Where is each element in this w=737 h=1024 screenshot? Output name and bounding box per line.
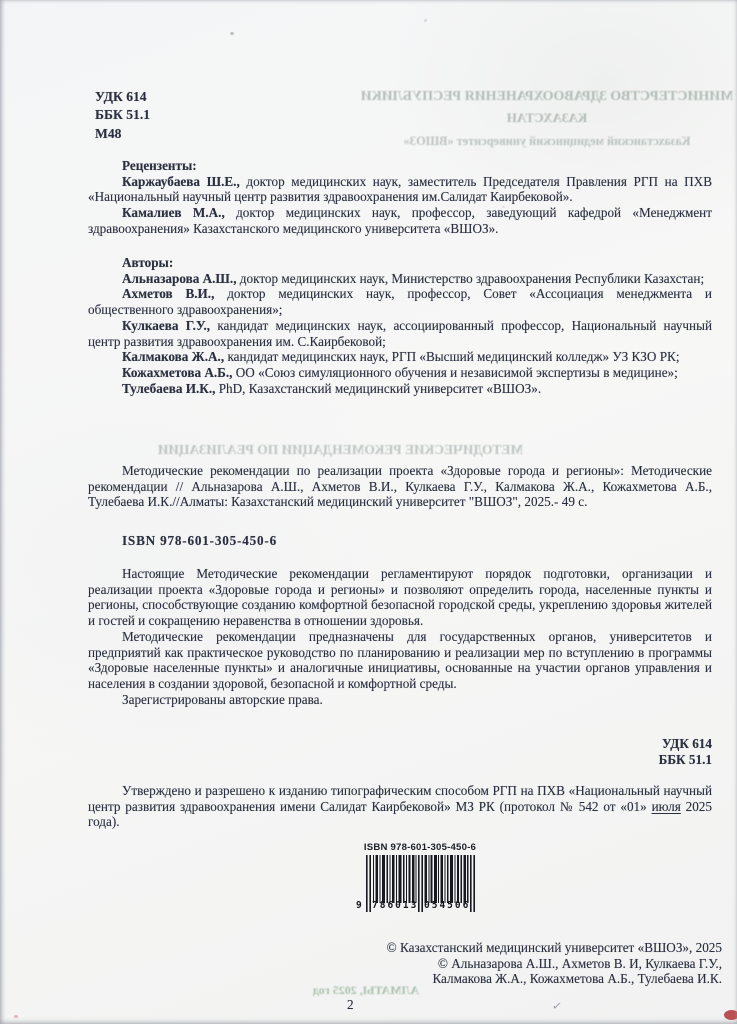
copyright-section: © Казахстанский медицинский университет … <box>88 940 722 987</box>
approval-date-underlined: июля <box>652 799 681 814</box>
barcode-digit-lead: 9 <box>356 900 362 911</box>
udk-bbk-right-block: УДК 614 ББК 51.1 <box>88 736 712 767</box>
barcode-digit-group: 786013 <box>372 900 416 911</box>
dust-speck <box>230 32 234 35</box>
author-entry: Тулебаева И.К., PhD, Казахстанский медиц… <box>88 381 712 397</box>
authors-section: Авторы: Альназарова А.Ш., доктор медицин… <box>88 255 712 396</box>
showthrough-line: Казахстанский медицинский университет «В… <box>358 131 736 152</box>
bbk-code: ББК 51.1 <box>95 106 295 124</box>
reviewer-name: Камалиев М.А., <box>122 205 225 220</box>
bibliographic-record: Методические рекомендации по реализации … <box>88 463 712 510</box>
showthrough-line: МИНИСТЕРСТВО ЗДРАВООХРАНЕНИЯ РЕСПУБЛИКИ <box>358 86 736 107</box>
udk-bbk-block: УДК 614 ББК 51.1 М48 <box>95 88 295 143</box>
author-sign-code: М48 <box>95 125 295 143</box>
approval-section: Утверждено и разрешено к изданию типогра… <box>88 783 712 830</box>
reviewers-section: Рецензенты: Каржаубаева Ш.Е., доктор мед… <box>88 158 712 237</box>
udk-code-right: УДК 614 <box>88 736 712 752</box>
copyright-line: Калмакова Ж.А., Кожахметова А.Б., Тулеба… <box>88 971 722 987</box>
isbn-text: ISBN 978-601-305-450-6 <box>88 533 712 549</box>
reviewer-name: Каржаубаева Ш.Е., <box>122 174 240 189</box>
authors-heading: Авторы: <box>88 255 712 271</box>
author-name: Кулкаева Г.У., <box>122 318 210 333</box>
barcode-isbn-label: ISBN 978-601-305-450-6 <box>356 842 484 853</box>
author-description: кандидат медицинских наук, РГП «Высший м… <box>224 349 679 364</box>
author-entry: Ахметов В.И., доктор медицинских наук, п… <box>88 286 712 317</box>
barcode-digit-group: 054506 <box>424 900 468 911</box>
scanned-imprint-page: МИНИСТЕРСТВО ЗДРАВООХРАНЕНИЯ РЕСПУБЛИКИ … <box>0 0 737 1024</box>
udk-code: УДК 614 <box>95 88 295 106</box>
dust-speck <box>424 19 427 22</box>
abstract-paragraph: Зарегистрированы авторские права. <box>88 692 712 708</box>
reviewer-entry: Камалиев М.А., доктор медицинских наук, … <box>88 205 712 236</box>
author-entry: Кожахметова А.Б., ОО «Союз симуляционног… <box>88 365 712 381</box>
author-entry: Кулкаева Г.У., кандидат медицинских наук… <box>88 318 712 349</box>
ean13-barcode: 9 786013 054506 <box>356 855 484 912</box>
pink-speck <box>14 1015 18 1018</box>
showthrough-title-block: МИНИСТЕРСТВО ЗДРАВООХРАНЕНИЯ РЕСПУБЛИКИ … <box>358 86 736 152</box>
author-entry: Альназарова А.Ш., доктор медицинских нау… <box>88 271 712 287</box>
stray-check-mark: ✓ <box>551 998 563 1013</box>
abstract-paragraph: Методические рекомендации предназначены … <box>88 629 712 692</box>
isbn-section: ISBN 978-601-305-450-6 <box>88 533 712 549</box>
author-name: Альназарова А.Ш., <box>122 271 237 286</box>
reviewer-entry: Каржаубаева Ш.Е., доктор медицинских нау… <box>88 174 712 205</box>
author-name: Ахметов В.И., <box>122 286 214 301</box>
bbk-code-right: ББК 51.1 <box>88 752 712 768</box>
red-ink-smudge <box>724 1010 737 1020</box>
reviewers-heading: Рецензенты: <box>88 158 712 174</box>
showthrough-middle-line: МЕТОДИЧЕСКИЕ РЕКОМЕНДАЦИИ ПО РЕАЛИЗАЦИИ <box>108 442 573 458</box>
author-name: Кожахметова А.Б., <box>122 365 232 380</box>
author-description: PhD, Казахстанский медицинский университ… <box>215 381 541 396</box>
abstract-paragraph: Настоящие Методические рекомендации регл… <box>88 566 712 629</box>
showthrough-line: КАЗАХСТАН <box>358 107 736 128</box>
page-number: 2 <box>347 997 367 1013</box>
author-description: ОО «Союз симуляционного обучения и незав… <box>232 365 677 380</box>
barcode-digits: 9 786013 054506 <box>356 900 484 912</box>
approval-paragraph: Утверждено и разрешено к изданию типогра… <box>88 783 712 830</box>
approval-text-before: Утверждено и разрешено к изданию типогра… <box>88 783 712 814</box>
copyright-line: © Казахстанский медицинский университет … <box>88 940 722 956</box>
bibliography-section: Методические рекомендации по реализации … <box>88 463 712 510</box>
copyright-line: © Альназарова А.Ш., Ахметов В. И, Кулкае… <box>88 956 722 972</box>
author-name: Тулебаева И.К., <box>122 381 215 396</box>
author-entry: Калмакова Ж.А., кандидат медицинских нау… <box>88 349 712 365</box>
abstract-section: Настоящие Методические рекомендации регл… <box>88 566 712 707</box>
author-name: Калмакова Ж.А., <box>122 349 224 364</box>
author-description: доктор медицинских наук, Министерство зд… <box>237 271 705 286</box>
isbn-barcode-block: ISBN 978-601-305-450-6 <box>356 842 484 912</box>
dust-speck <box>502 206 505 208</box>
